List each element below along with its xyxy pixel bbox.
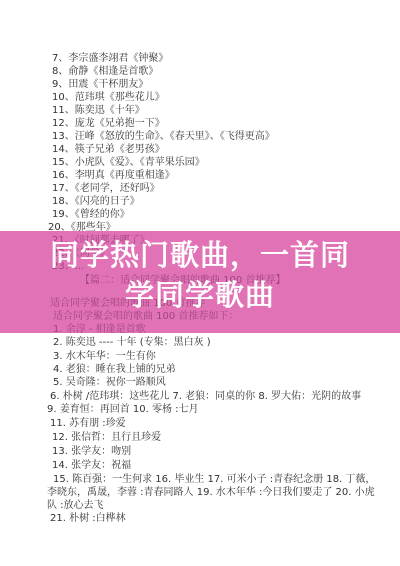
list-item: 8、俞静《相逢是首歌》 xyxy=(52,65,158,78)
list-item: 4. 老狼：睡在我上铺的兄弟 xyxy=(53,363,176,376)
list-item: 3. 水木年华：一生有你 xyxy=(53,350,156,363)
list-item: 9. 姜育恒：再回首 10. 零杨 :七月 xyxy=(47,403,199,416)
list-item: 17、《老同学，还好吗》 xyxy=(52,182,160,195)
list-item: 2. 陈奕迅 ---- 十年 (专集：黑白灰 ) xyxy=(53,336,211,349)
list-item: 14. 张学友：祝福 xyxy=(52,459,131,472)
banner-title: 同学热门歌曲，一首同 学同学歌曲 xyxy=(0,235,400,315)
list-item: 15、小虎队《爱》、《青苹果乐园》 xyxy=(52,156,205,169)
banner-title-line1: 同学热门歌曲，一首同 xyxy=(0,235,400,275)
list-item: 5. 吴奇隆：祝你一路顺风 xyxy=(53,376,166,389)
list-item: 11. 苏有朋 :珍爱 xyxy=(50,417,126,430)
list-item: 13、汪峰《怒放的生命》、《春天里》、《飞得更高》 xyxy=(52,130,275,143)
list-item: 12. 张信哲：且行且珍爱 xyxy=(52,431,161,444)
list-item: 6. 朴树 /范玮琪：这些花儿 7. 老狼：同桌的你 8. 罗大佑：光阴的故事 xyxy=(50,390,361,403)
list-item: 7、李宗盛李翊君《钟聚》 xyxy=(52,52,168,65)
list-item: 10、范玮琪《那些花儿》 xyxy=(52,91,165,104)
list-item: 21. 朴树 :白桦林 xyxy=(50,512,126,525)
list-item: 12、庞龙《兄弟抱一下》 xyxy=(52,117,165,130)
banner-title-line2: 学同学歌曲 xyxy=(0,275,400,315)
list-item: 15. 陈百强：一生何求 16. 毕业生 17. 可米小子 :青春纪念册 18.… xyxy=(47,473,377,512)
list-item: 18、《闪亮的日子》 xyxy=(52,195,140,208)
list-item: 16、李明真《再度重相逢》 xyxy=(52,169,175,182)
list-item: 11、陈奕迅《十年》 xyxy=(52,104,145,117)
list-item: 9、田震《干杯朋友》 xyxy=(52,78,148,91)
list-item: 13. 张学友：吻别 xyxy=(52,445,131,458)
list-item: 1. 余淳 - 相逢是首歌 xyxy=(53,323,146,336)
list-item: 14、筷子兄弟《老男孩》 xyxy=(52,143,165,156)
list-item: 19、《曾经的你》 xyxy=(52,208,130,221)
document-page: 7、李宗盛李翊君《钟聚》 8、俞静《相逢是首歌》 9、田震《干杯朋友》 10、范… xyxy=(0,0,400,566)
